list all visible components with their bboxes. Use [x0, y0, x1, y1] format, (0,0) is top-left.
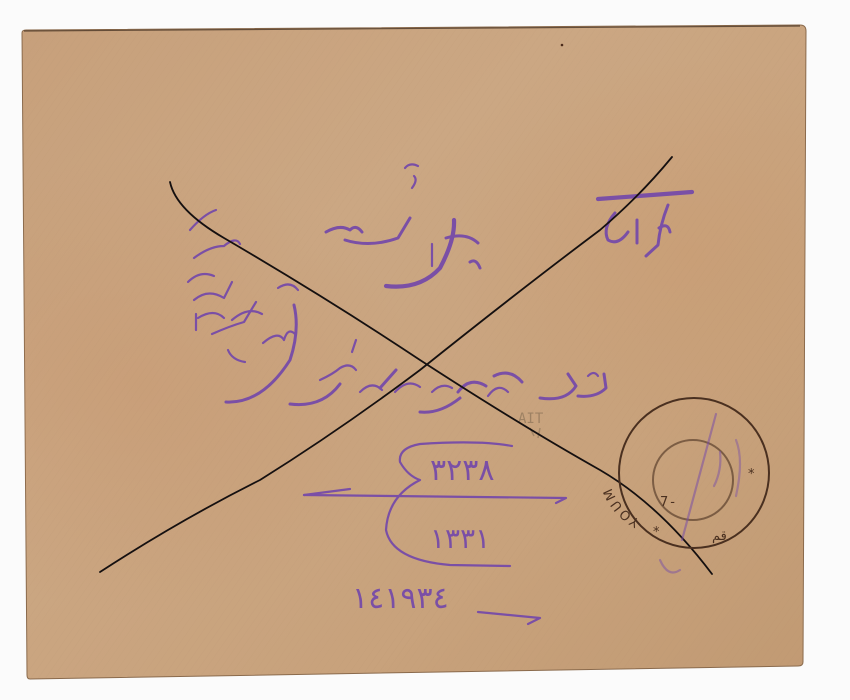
postmark-star-right: *	[748, 467, 757, 482]
postmark-farsi-text: قم	[712, 529, 727, 544]
postmark-star-left: *	[653, 525, 662, 540]
ink-speck	[561, 44, 564, 47]
registration-number-upper: ٣٢٣٨	[430, 453, 494, 488]
registration-number-bottom: ١٤١٩٣٤	[352, 581, 449, 616]
envelope-photo: AIT	[0, 0, 850, 700]
registration-number-lower: ١٣٣١	[430, 522, 490, 555]
postmark-date: 7-	[660, 495, 677, 510]
